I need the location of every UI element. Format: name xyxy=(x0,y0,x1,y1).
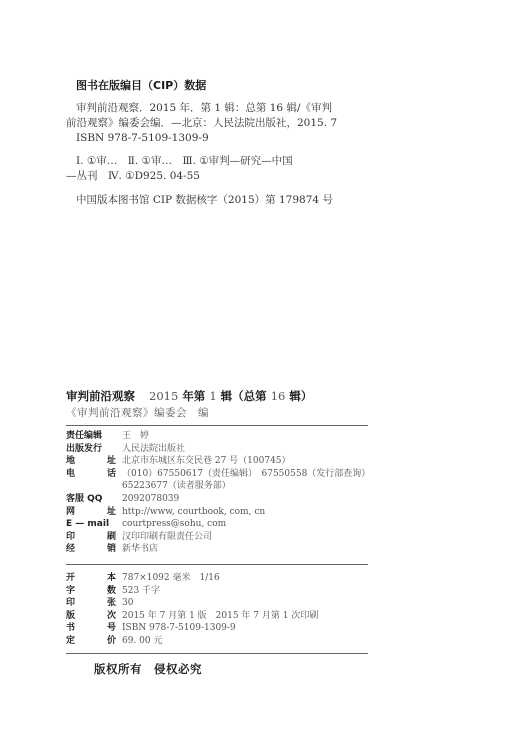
divider-bottom xyxy=(66,653,368,654)
info-label: 客服 QQ xyxy=(66,493,122,506)
info-value: 2092078039 xyxy=(122,493,179,506)
info-value: 王 婷 xyxy=(122,430,149,443)
info-value: courtpress@sohu, com xyxy=(122,518,226,531)
spec-value: 523 千字 xyxy=(122,585,160,598)
spec-label: 定价 xyxy=(66,635,122,648)
info-value: 汉印印刷有限责任公司 xyxy=(122,531,212,544)
spec-row-format: 开本 787×1092 毫米 1/16 xyxy=(66,572,318,585)
info-label: 电话 xyxy=(66,468,122,481)
spec-value: 69. 00 元 xyxy=(122,635,163,648)
book-year: 2015 xyxy=(149,389,178,403)
info-row-distributor: 经销 新华书店 xyxy=(66,543,370,556)
cip-line-1: 审判前沿观察．2015 年．第 1 辑：总第 16 辑/《审判 xyxy=(76,101,332,116)
spec-info: 开本 787×1092 毫米 1/16 字数 523 千字 印张 30 版次 2… xyxy=(66,572,318,648)
spec-value: 30 xyxy=(122,597,133,610)
copyright-notice: 版权所有 侵权必究 xyxy=(94,661,202,677)
spec-value: 2015 年 7 月第 1 版 2015 年 7 月第 1 次印刷 xyxy=(122,610,318,623)
info-value: http://www, courtbook, com, cn xyxy=(122,506,265,519)
cip-isbn: ISBN 978-7-5109-1309-9 xyxy=(76,131,209,146)
cip-classification-1: Ⅰ. ①审… Ⅱ. ①审… Ⅲ. ①审判—研究—中国 xyxy=(76,154,293,169)
info-label: 出版发行 xyxy=(66,443,122,456)
spec-label: 版次 xyxy=(66,610,122,623)
spec-label: 印张 xyxy=(66,597,122,610)
book-title: 审判前沿观察 xyxy=(66,389,135,403)
info-value: 人民法院出版社 xyxy=(122,443,185,456)
cip-verification: 中国版本图书馆 CIP 数据核字（2015）第 179874 号 xyxy=(76,193,333,208)
spec-row-sheets: 印张 30 xyxy=(66,597,318,610)
info-label: 地址 xyxy=(66,455,122,468)
info-row-website: 网址 http://www, courtbook, com, cn xyxy=(66,506,370,519)
publishing-info: 责任编辑 王 婷 出版发行 人民法院出版社 地址 北京市东城区东交民巷 27 号… xyxy=(66,430,370,556)
info-label xyxy=(66,480,122,493)
info-value: 65223677（读者服务部） xyxy=(122,480,231,493)
spec-row-wordcount: 字数 523 千字 xyxy=(66,585,318,598)
info-row-qq: 客服 QQ 2092078039 xyxy=(66,493,370,506)
spec-label: 书号 xyxy=(66,622,122,635)
info-row-publisher: 出版发行 人民法院出版社 xyxy=(66,443,370,456)
info-row-email: E — mail courtpress@sohu, com xyxy=(66,518,370,531)
cip-title: 图书在版编目（CIP）数据 xyxy=(76,77,206,93)
spec-row-edition: 版次 2015 年 7 月第 1 版 2015 年 7 月第 1 次印刷 xyxy=(66,610,318,623)
info-row-phone: 电话 （010）67550617（责任编辑） 67550558（发行部查询） xyxy=(66,468,370,481)
info-label: 经销 xyxy=(66,543,122,556)
info-label: 网址 xyxy=(66,506,122,519)
info-label: 责任编辑 xyxy=(66,430,122,443)
spec-label: 开本 xyxy=(66,572,122,585)
book-title-row: 审判前沿观察 2015 年第 1 辑（总第 16 辑） xyxy=(66,388,312,404)
spec-row-isbn: 书号 ISBN 978-7-5109-1309-9 xyxy=(66,622,318,635)
info-row-editor: 责任编辑 王 婷 xyxy=(66,430,370,443)
divider-top xyxy=(66,425,368,426)
info-value: 新华书店 xyxy=(122,543,158,556)
total-number: 16 xyxy=(271,389,286,403)
info-label: E — mail xyxy=(66,518,122,531)
issue-number: 1 xyxy=(209,389,216,403)
spec-value: 787×1092 毫米 1/16 xyxy=(122,572,220,585)
info-row-phone-2: 65223677（读者服务部） xyxy=(66,480,370,493)
spec-value: ISBN 978-7-5109-1309-9 xyxy=(122,622,236,635)
info-row-printer: 印刷 汉印印刷有限责任公司 xyxy=(66,531,370,544)
divider-middle xyxy=(66,564,368,565)
info-label: 印刷 xyxy=(66,531,122,544)
info-value: 北京市东城区东交民巷 27 号（100745） xyxy=(122,455,291,468)
total-suffix: 辑） xyxy=(289,389,312,403)
issue-prefix: 年第 xyxy=(182,389,205,403)
info-row-address: 地址 北京市东城区东交民巷 27 号（100745） xyxy=(66,455,370,468)
spec-row-price: 定价 69. 00 元 xyxy=(66,635,318,648)
cip-line-2: 前沿观察》编委会编．—北京：人民法院出版社，2015. 7 xyxy=(66,116,337,131)
editor-line: 《审判前沿观察》编委会 编 xyxy=(66,405,209,420)
issue-suffix: 辑（总第 xyxy=(221,389,267,403)
cip-classification-2: —丛刊 Ⅳ. ①D925. 04-55 xyxy=(66,169,200,184)
spec-label: 字数 xyxy=(66,585,122,598)
info-value: （010）67550617（责任编辑） 67550558（发行部查询） xyxy=(122,468,370,481)
